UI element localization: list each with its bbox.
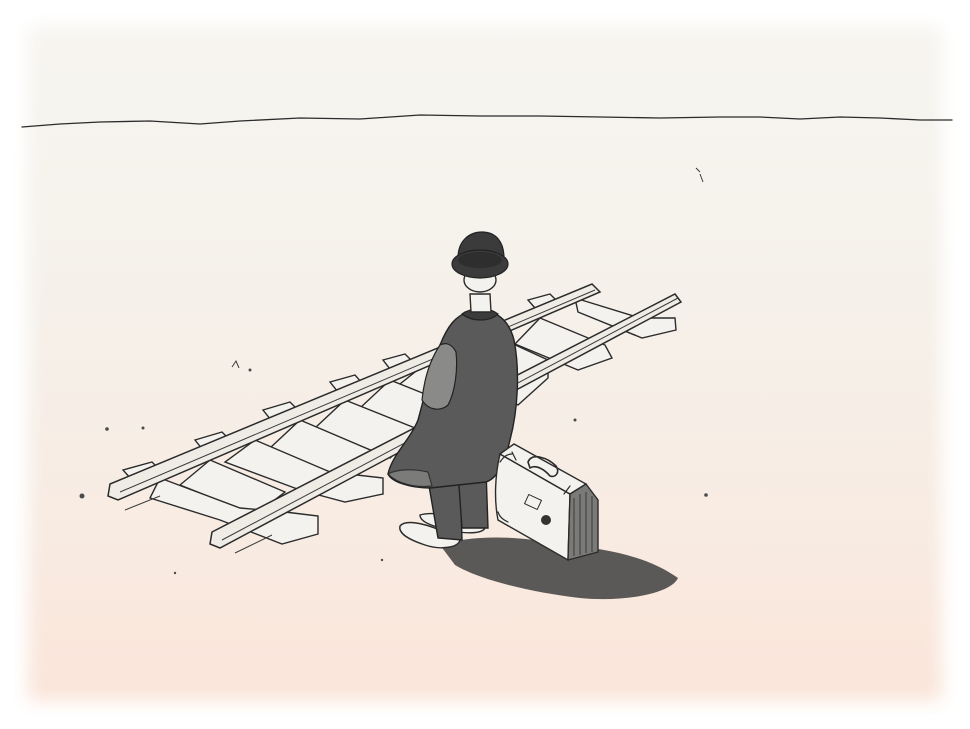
illustration-canvas — [0, 0, 970, 729]
bowler-hat — [452, 232, 508, 278]
illustration-frame — [0, 0, 970, 729]
neck — [470, 294, 491, 312]
horizon-line — [22, 115, 952, 127]
suitcase-side — [568, 484, 598, 560]
